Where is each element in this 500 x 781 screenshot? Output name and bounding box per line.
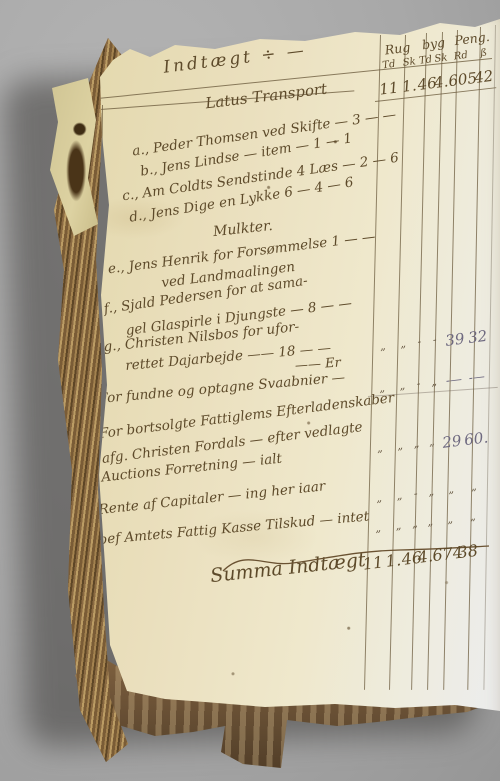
cell-peng-ss: „ [461, 509, 483, 524]
column-rule-6 [467, 27, 481, 690]
column-rule-5 [443, 30, 458, 690]
cell-byg-sk: „ [422, 514, 438, 529]
cell-rug-td: „ [367, 440, 393, 461]
entry-8: 8, Rente af Capitaler — ing her iaar [81, 478, 326, 520]
column-rule-2 [389, 35, 406, 690]
cell-peng-ss: „ [462, 479, 484, 494]
amount-row-8: „ „ - „ „ „ [366, 479, 485, 506]
amount-row-9: „ „ „ „ „ „ [365, 509, 484, 536]
unit-rug-td: Td [376, 58, 401, 72]
cell-byg-td: - [410, 376, 428, 392]
cell-peng-ss: -— [465, 369, 488, 385]
cell-rug-sk: „ [390, 488, 408, 503]
column-rule-1 [364, 35, 381, 690]
column-rule-3 [411, 33, 427, 690]
column-header-peng: Peng. [448, 28, 495, 48]
cell-rug-td: 11 [376, 78, 402, 99]
cell-peng-rd: -— [441, 371, 468, 388]
unit-byg-sk: Sk [433, 52, 449, 65]
photo-background: Rug byg Peng. Td Sk Td Sk Rd ß Indtægt ÷… [0, 0, 500, 781]
page-title: Indtægt ÷ — [162, 40, 307, 77]
ledger-page: Rug byg Peng. Td Sk Td Sk Rd ß Indtægt ÷… [55, 5, 500, 765]
cell-peng-rd: 39 [441, 329, 468, 350]
cell-peng-rd: „ [437, 511, 463, 527]
cell-peng-rd: 674 [431, 543, 458, 565]
column-header-rug: Rug [376, 39, 419, 59]
cell-byg-td: „ [406, 516, 423, 531]
section-heading-mulkter: Mulkter. [212, 218, 273, 240]
cell-byg-sk: „ [426, 374, 443, 390]
cell-rug-td: „ [370, 338, 396, 359]
cell-rug-sk: „ [394, 336, 413, 356]
cell-peng-ss: 32 [466, 327, 489, 347]
unit-rug-sk: Sk [400, 56, 418, 69]
fore-edge-line [483, 25, 496, 690]
amount-row-7: „ „ „ „ 29 60. [367, 429, 486, 461]
cell-peng-ss: 42 [472, 67, 495, 87]
cell-rug-td: „ [366, 490, 391, 506]
cell-rug-td: „ [369, 380, 395, 397]
cell-rug-sk: „ [393, 378, 412, 394]
cell-peng-ss: 60. [463, 429, 486, 449]
cell-byg-td: - [407, 486, 424, 501]
cell-rug-sk: „ [391, 438, 410, 458]
amount-row-mulkter-sum: „ „ - - 39 32 [370, 327, 489, 359]
cell-peng-rd: 29 [438, 431, 465, 452]
cell-rug-td: „ [365, 520, 390, 536]
cell-rug-sk: „ [389, 518, 407, 533]
column-rule-4 [427, 32, 443, 690]
cell-peng-rd: „ [438, 481, 464, 497]
cell-byg-sk: „ [423, 484, 439, 499]
cell-rug-sk: 1. [400, 76, 419, 96]
column-header-byg: byg [417, 34, 450, 53]
unit-byg-td: Td [417, 54, 434, 67]
cell-peng-ss: 38 [456, 541, 479, 562]
cell-peng-rd: 605 [447, 69, 474, 90]
cell-rug-td: 11 [360, 552, 386, 574]
